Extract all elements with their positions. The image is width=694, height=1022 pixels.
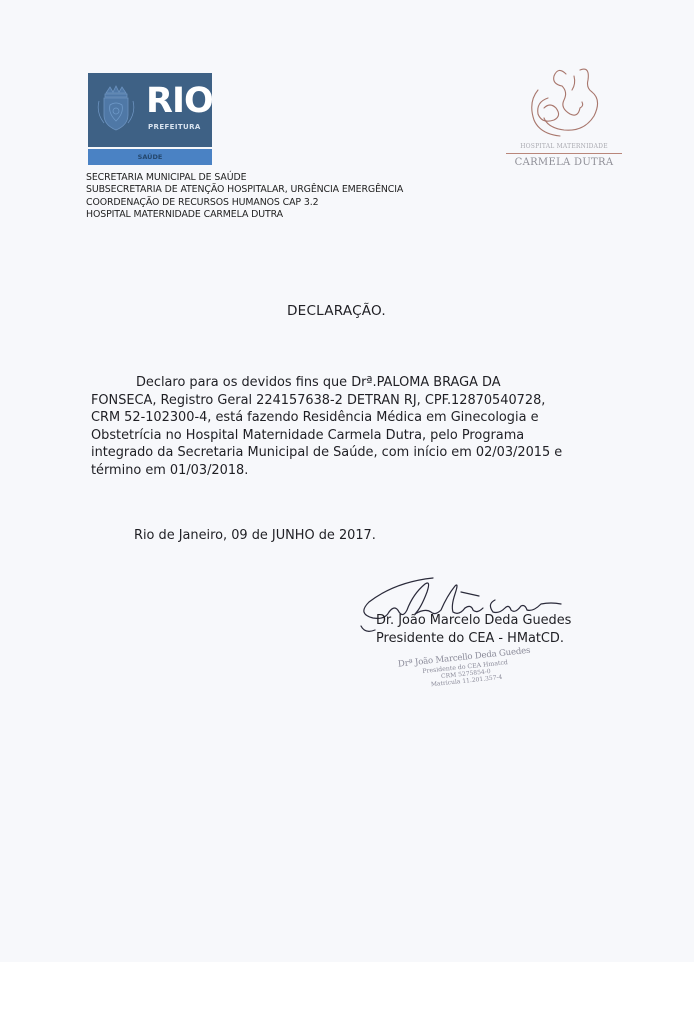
signer-name: Dr. João Marcelo Deda Guedes	[376, 612, 571, 630]
body-line: integrado da Secretaria Municipal de Saú…	[91, 444, 651, 462]
city-crest-icon	[96, 85, 136, 135]
document-title: DECLARAÇÃO.	[287, 303, 386, 319]
body-line: término em 01/03/2018.	[91, 462, 651, 480]
carmela-dutra-label: CARMELA DUTRA	[500, 157, 628, 168]
letterhead-line: COORDENAÇÃO DE RECURSOS HUMANOS CAP 3.2	[86, 197, 403, 209]
hospital-maternidade-label: HOSPITAL MATERNIDADE	[500, 143, 628, 150]
letterhead-departments: SECRETARIA MUNICIPAL DE SAÚDE SUBSECRETA…	[86, 172, 403, 221]
place-and-date: Rio de Janeiro, 09 de JUNHO de 2017.	[134, 528, 376, 543]
rio-wordmark: RIO	[146, 81, 213, 121]
prefeitura-label: PREFEITURA	[148, 123, 201, 131]
saude-strip: SAÚDE	[88, 149, 212, 165]
rio-logo-panel: RIO PREFEITURA	[88, 73, 212, 147]
signer-block: Dr. João Marcelo Deda Guedes Presidente …	[376, 612, 571, 647]
prefeitura-rio-logo: RIO PREFEITURA SAÚDE	[88, 73, 212, 167]
body-line: CRM 52-102300-4, está fazendo Residência…	[91, 409, 651, 427]
mother-child-icon	[518, 62, 613, 142]
logo-divider	[506, 153, 622, 154]
letterhead-line: SECRETARIA MUNICIPAL DE SAÚDE	[86, 172, 403, 184]
scanned-page: RIO PREFEITURA SAÚDE SECRETARIA MUNICIPA…	[0, 0, 694, 962]
official-stamp: Drª João Marcello Deda Guedes Presidente…	[394, 645, 537, 691]
hospital-carmela-dutra-logo: HOSPITAL MATERNIDADE CARMELA DUTRA	[500, 62, 628, 177]
body-line: Obstetrícia no Hospital Maternidade Carm…	[91, 427, 651, 445]
signer-role: Presidente do CEA - HMatCD.	[376, 630, 571, 648]
letterhead-line: SUBSECRETARIA DE ATENÇÃO HOSPITALAR, URG…	[86, 184, 403, 196]
body-line: FONSECA, Registro Geral 224157638-2 DETR…	[91, 392, 651, 410]
declaration-body: Declaro para os devidos fins que Drª.PAL…	[91, 374, 651, 480]
body-line: Declaro para os devidos fins que Drª.PAL…	[91, 374, 651, 392]
letterhead-line: HOSPITAL MATERNIDADE CARMELA DUTRA	[86, 209, 403, 221]
